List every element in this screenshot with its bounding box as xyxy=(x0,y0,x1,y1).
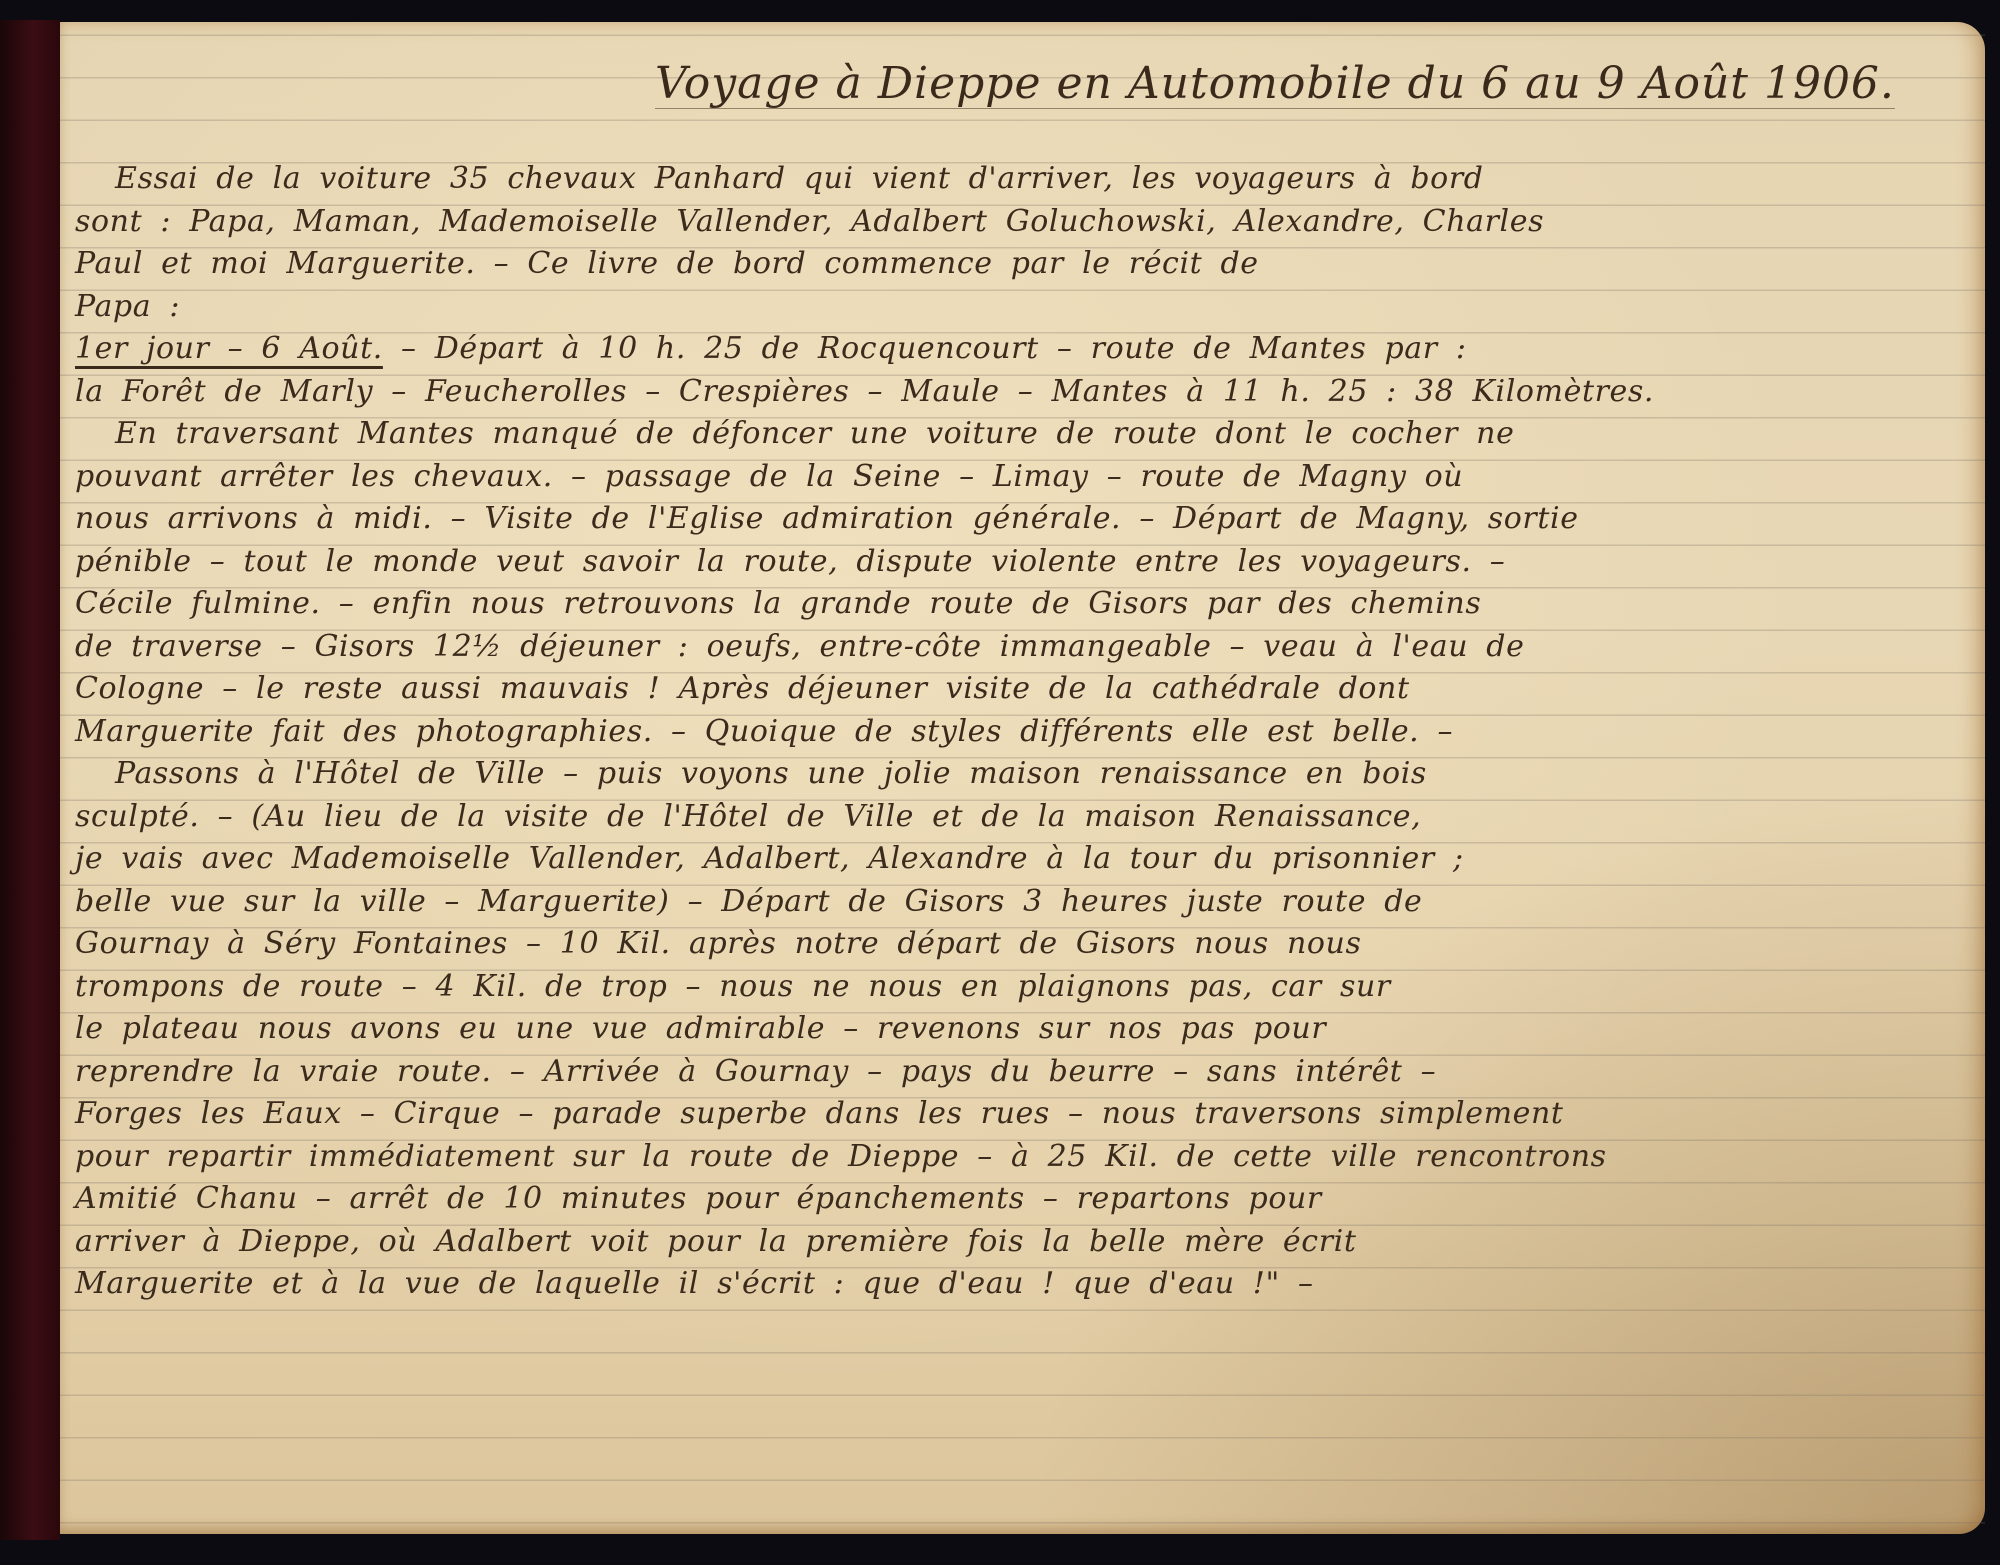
handwritten-text: Essai de la voiture 35 chevaux Panhard q… xyxy=(75,158,1985,1306)
text-line: Cécile fulmine. – enfin nous retrouvons … xyxy=(75,583,1985,626)
text-line: pénible – tout le monde veut savoir la r… xyxy=(75,541,1985,584)
day-heading: 1er jour – 6 Août. xyxy=(75,331,383,366)
text-line: pouvant arrêter les chevaux. – passage d… xyxy=(75,456,1985,499)
text-line: je vais avec Mademoiselle Vallender, Ada… xyxy=(75,838,1985,881)
text-line: arriver à Dieppe, où Adalbert voit pour … xyxy=(75,1221,1985,1264)
text-line: belle vue sur la ville – Marguerite) – D… xyxy=(75,881,1985,924)
text-line: sont : Papa, Maman, Mademoiselle Vallend… xyxy=(75,201,1985,244)
text-line: Forges les Eaux – Cirque – parade superb… xyxy=(75,1093,1985,1136)
text-line: Passons à l'Hôtel de Ville – puis voyons… xyxy=(75,753,1985,796)
text-line: pour repartir immédiatement sur la route… xyxy=(75,1136,1985,1179)
text-line: la Forêt de Marly – Feucherolles – Cresp… xyxy=(75,371,1985,414)
text-line: trompons de route – 4 Kil. de trop – nou… xyxy=(75,966,1985,1009)
text-line: le plateau nous avons eu une vue admirab… xyxy=(75,1008,1985,1051)
text-line: Essai de la voiture 35 chevaux Panhard q… xyxy=(75,158,1985,201)
text-line: Gournay à Séry Fontaines – 10 Kil. après… xyxy=(75,923,1985,966)
text-line: reprendre la vraie route. – Arrivée à Go… xyxy=(75,1051,1985,1094)
text-line: Cologne – le reste aussi mauvais ! Après… xyxy=(75,668,1985,711)
text-line: sculpté. – (Au lieu de la visite de l'Hô… xyxy=(75,796,1985,839)
text-line: de traverse – Gisors 12½ déjeuner : oeuf… xyxy=(75,626,1985,669)
page-title: Voyage à Dieppe en Automobile du 6 au 9 … xyxy=(655,58,1915,109)
text-line: Paul et moi Marguerite. – Ce livre de bo… xyxy=(75,243,1985,286)
text-line: nous arrivons à midi. – Visite de l'Egli… xyxy=(75,498,1985,541)
text-line: En traversant Mantes manqué de défoncer … xyxy=(75,413,1985,456)
book-binding xyxy=(0,20,60,1540)
text-line: Marguerite fait des photographies. – Quo… xyxy=(75,711,1985,754)
text-line: Marguerite et à la vue de laquelle il s'… xyxy=(75,1263,1985,1306)
day-heading-line: 1er jour – 6 Août. – Départ à 10 h. 25 d… xyxy=(75,328,1985,371)
text-line: Papa : xyxy=(75,286,1985,329)
text-line: Amitié Chanu – arrêt de 10 minutes pour … xyxy=(75,1178,1985,1221)
text-line: – Départ à 10 h. 25 de Rocquencourt – ro… xyxy=(401,331,1467,366)
